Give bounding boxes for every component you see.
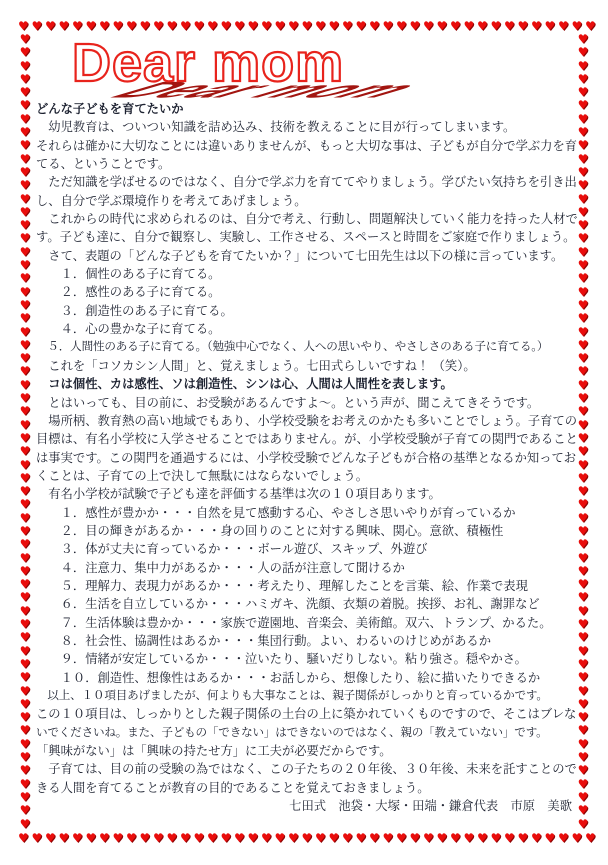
heart-icon: ♥	[558, 21, 569, 32]
heart-icon: ♥	[20, 805, 31, 816]
heart-icon: ♥	[20, 380, 31, 391]
text-line: さて、表題の「どんな子どもを育てたいか？」について七田先生は以下の様に言っていま…	[36, 247, 578, 265]
heart-icon: ♥	[578, 752, 589, 763]
heart-icon: ♥	[302, 21, 313, 32]
heart-icon: ♥	[504, 21, 515, 32]
heart-icon: ♥	[578, 725, 589, 736]
heart-icon: ♥	[578, 61, 589, 72]
text-line: これからの時代に求められるのは、自分で考え、行動し、問題解決していく能力を持った…	[36, 210, 578, 228]
heart-icon: ♥	[315, 21, 326, 32]
heart-icon: ♥	[356, 833, 367, 844]
heart-icon: ♥	[153, 21, 164, 32]
heart-icon: ♥	[578, 672, 589, 683]
heart-icon: ♥	[20, 672, 31, 683]
text-line: ６．生活を自立しているか・・・ハミガキ、洗顔、衣類の着脱。挨拶、お礼、謝罪など	[36, 595, 578, 613]
document-heading: どんな子どもを育てたいか	[36, 100, 578, 118]
heart-icon: ♥	[20, 553, 31, 564]
heart-icon: ♥	[578, 539, 589, 550]
heart-icon: ♥	[578, 646, 589, 657]
text-line: ３．体が丈夫に育っているか・・・ボール遊び、スキップ、外遊び	[36, 540, 578, 558]
heart-icon: ♥	[20, 140, 31, 151]
heart-icon: ♥	[20, 74, 31, 85]
heart-icon: ♥	[578, 154, 589, 165]
heart-icon: ♥	[20, 473, 31, 484]
heart-icon: ♥	[356, 21, 367, 32]
heart-icon: ♥	[578, 260, 589, 271]
heart-icon: ♥	[86, 21, 97, 32]
heart-icon: ♥	[20, 792, 31, 803]
text-line: ３．創造性のある子に育てる。	[36, 302, 578, 320]
heart-border-left: ♥♥♥♥♥♥♥♥♥♥♥♥♥♥♥♥♥♥♥♥♥♥♥♥♥♥♥♥♥♥♥♥♥♥♥♥♥♥♥♥…	[18, 34, 32, 830]
heart-icon: ♥	[572, 21, 583, 32]
heart-icon: ♥	[140, 21, 151, 32]
text-line: ただ知識を学ばせるのではなく、自分で学ぶ力を育ててやりましょう。学びたい気持ちを…	[36, 173, 578, 191]
heart-icon: ♥	[20, 353, 31, 364]
text-line: 子育ては、目の前の受験の為ではなく、この子たちの２０年後、３０年後、未来を託すこ…	[36, 760, 578, 778]
heart-icon: ♥	[545, 833, 556, 844]
heart-icon: ♥	[578, 420, 589, 431]
heart-icon: ♥	[578, 180, 589, 191]
heart-icon: ♥	[20, 659, 31, 670]
text-line: ４．注意力、集中力があるか・・・人の話が注意して聞けるか	[36, 559, 578, 577]
heart-icon: ♥	[20, 47, 31, 58]
heart-icon: ♥	[578, 606, 589, 617]
text-line: は事実です。この関門を通過するには、小学校受験でどんな子どもが合格の基準となるか…	[36, 449, 578, 467]
heart-icon: ♥	[578, 114, 589, 125]
heart-icon: ♥	[20, 34, 31, 45]
heart-icon: ♥	[578, 659, 589, 670]
heart-icon: ♥	[234, 21, 245, 32]
heart-icon: ♥	[578, 74, 589, 85]
text-line: それらは確かに大切なことには違いありませんが、もっと大切な事は、子どもが自分で学…	[36, 137, 578, 155]
heart-icon: ♥	[221, 21, 232, 32]
heart-icon: ♥	[20, 207, 31, 218]
heart-icon: ♥	[20, 366, 31, 377]
heart-icon: ♥	[20, 313, 31, 324]
heart-icon: ♥	[20, 632, 31, 643]
heart-icon: ♥	[578, 366, 589, 377]
text-line: ５．人間性のある子に育てる。（勉強中心でなく、人への思いやり、やさしさのある子に…	[36, 338, 578, 356]
heart-icon: ♥	[578, 566, 589, 577]
text-line: ２．感性のある子に育てる。	[36, 283, 578, 301]
text-line: 場所柄、教育熱の高い地域でもあり、小学校受験をお考えのかたも多いことでしょう。子…	[36, 412, 578, 430]
heart-icon: ♥	[20, 725, 31, 736]
heart-icon: ♥	[518, 21, 529, 32]
heart-icon: ♥	[578, 380, 589, 391]
text-line: てる、ということです。	[36, 155, 578, 173]
heart-icon: ♥	[20, 765, 31, 776]
heart-icon: ♥	[20, 739, 31, 750]
heart-icon: ♥	[578, 247, 589, 258]
heart-icon: ♥	[20, 114, 31, 125]
heart-icon: ♥	[18, 833, 29, 844]
heart-icon: ♥	[261, 21, 272, 32]
heart-icon: ♥	[437, 833, 448, 844]
heart-icon: ♥	[72, 833, 83, 844]
heart-icon: ♥	[20, 646, 31, 657]
heart-icon: ♥	[578, 313, 589, 324]
heart-icon: ♥	[167, 833, 178, 844]
heart-icon: ♥	[221, 833, 232, 844]
heart-icon: ♥	[423, 21, 434, 32]
heart-icon: ♥	[20, 194, 31, 205]
heart-icon: ♥	[20, 819, 31, 830]
heart-icon: ♥	[578, 779, 589, 790]
text-line: す。子ども達に、自分で観察し、実験し、工作させる、スペースと時間をご家庭で作りま…	[36, 228, 578, 246]
heart-icon: ♥	[207, 21, 218, 32]
text-line: とはいっても、目の前に、お受験があるんですよ〜。という声が、聞こえてきそうです。	[36, 394, 578, 412]
heart-icon: ♥	[578, 327, 589, 338]
heart-icon: ♥	[20, 87, 31, 98]
heart-icon: ♥	[578, 353, 589, 364]
heart-icon: ♥	[20, 699, 31, 710]
heart-icon: ♥	[20, 393, 31, 404]
heart-icon: ♥	[585, 833, 596, 844]
heart-icon: ♥	[20, 686, 31, 697]
heart-icon: ♥	[180, 21, 191, 32]
heart-icon: ♥	[578, 167, 589, 178]
heart-icon: ♥	[140, 833, 151, 844]
heart-icon: ♥	[585, 21, 596, 32]
heart-icon: ♥	[578, 765, 589, 776]
text-line: １０．創造性、想像性はあるか・・・お話しから、想像したり、絵に描いたりできるか	[36, 669, 578, 687]
heart-icon: ♥	[518, 833, 529, 844]
heart-icon: ♥	[578, 486, 589, 497]
heart-icon: ♥	[20, 752, 31, 763]
heart-icon: ♥	[578, 712, 589, 723]
heart-icon: ♥	[20, 127, 31, 138]
heart-icon: ♥	[20, 526, 31, 537]
text-line: くことは、子育ての上で決して無駄にはならないでしょう。	[36, 467, 578, 485]
heart-icon: ♥	[578, 300, 589, 311]
heart-icon: ♥	[545, 21, 556, 32]
heart-icon: ♥	[315, 833, 326, 844]
text-line: １．個性のある子に育てる。	[36, 265, 578, 283]
text-line: ５．理解力、表現力があるか・・・考えたり、理解したことを言葉、絵、作業で表現	[36, 577, 578, 595]
heart-icon: ♥	[288, 833, 299, 844]
heart-icon: ♥	[342, 21, 353, 32]
heart-icon: ♥	[383, 21, 394, 32]
heart-icon: ♥	[423, 833, 434, 844]
heart-icon: ♥	[491, 21, 502, 32]
heart-icon: ♥	[578, 592, 589, 603]
heart-icon: ♥	[578, 406, 589, 417]
heart-icon: ♥	[578, 460, 589, 471]
heart-icon: ♥	[578, 805, 589, 816]
heart-icon: ♥	[464, 833, 475, 844]
page-title: Dear mom	[72, 32, 344, 94]
heart-icon: ♥	[578, 207, 589, 218]
heart-icon: ♥	[578, 632, 589, 643]
heart-icon: ♥	[578, 699, 589, 710]
heart-icon: ♥	[261, 833, 272, 844]
heart-icon: ♥	[126, 833, 137, 844]
heart-icon: ♥	[578, 513, 589, 524]
heart-icon: ♥	[531, 833, 542, 844]
text-line: いでくださいね。また、子どもの「できない」はできないのではなく、親の「教えていな…	[36, 724, 578, 742]
heart-icon: ♥	[20, 460, 31, 471]
heart-icon: ♥	[20, 499, 31, 510]
heart-icon: ♥	[20, 779, 31, 790]
heart-icon: ♥	[578, 446, 589, 457]
heart-icon: ♥	[578, 473, 589, 484]
heart-icon: ♥	[491, 833, 502, 844]
heart-icon: ♥	[20, 220, 31, 231]
heart-icon: ♥	[558, 833, 569, 844]
heart-icon: ♥	[20, 100, 31, 111]
heart-icon: ♥	[20, 287, 31, 298]
heart-icon: ♥	[20, 513, 31, 524]
heart-icon: ♥	[20, 712, 31, 723]
heart-icon: ♥	[410, 833, 421, 844]
heart-icon: ♥	[20, 619, 31, 630]
heart-icon: ♥	[578, 287, 589, 298]
heart-icon: ♥	[578, 553, 589, 564]
heart-icon: ♥	[20, 273, 31, 284]
heart-icon: ♥	[20, 340, 31, 351]
heart-icon: ♥	[578, 579, 589, 590]
heart-icon: ♥	[504, 833, 515, 844]
heart-icon: ♥	[20, 433, 31, 444]
heart-icon: ♥	[20, 566, 31, 577]
heart-icon: ♥	[20, 300, 31, 311]
heart-icon: ♥	[578, 819, 589, 830]
heart-icon: ♥	[578, 87, 589, 98]
signature-line: 七田式 池袋・大塚・田端・鎌倉代表 市原 美歌	[36, 797, 578, 815]
text-line: コは個性、カは感性、ソは創造性、シンは心、人間は人間性を表します。	[36, 375, 578, 393]
heart-icon: ♥	[578, 47, 589, 58]
heart-icon: ♥	[572, 833, 583, 844]
heart-icon: ♥	[20, 167, 31, 178]
heart-icon: ♥	[248, 833, 259, 844]
heart-icon: ♥	[59, 21, 70, 32]
heart-icon: ♥	[20, 180, 31, 191]
text-line: ９．情緒が安定しているか・・・泣いたり、騒いだりしない。粘り強さ。穏やかさ。	[36, 650, 578, 668]
heart-icon: ♥	[578, 340, 589, 351]
heart-icon: ♥	[20, 606, 31, 617]
heart-icon: ♥	[578, 127, 589, 138]
heart-icon: ♥	[329, 833, 340, 844]
heart-icon: ♥	[578, 499, 589, 510]
heart-icon: ♥	[450, 833, 461, 844]
heart-icon: ♥	[20, 327, 31, 338]
heart-icon: ♥	[578, 273, 589, 284]
text-line: きる人間を育てることが教育の目的であることを覚えておきましょう。	[36, 779, 578, 797]
heart-icon: ♥	[20, 592, 31, 603]
heart-icon: ♥	[234, 833, 245, 844]
heart-icon: ♥	[20, 539, 31, 550]
heart-icon: ♥	[578, 526, 589, 537]
text-line: ４．心の豊かな子に育てる。	[36, 320, 578, 338]
heart-icon: ♥	[207, 833, 218, 844]
text-line: 幼児教育は、ついつい知識を詰め込み、技術を教えることに目が行ってしまいます。	[36, 118, 578, 136]
heart-icon: ♥	[578, 792, 589, 803]
text-line: １．感性が豊かか・・・自然を見て感動する心、やさしさ思いやりが育っているか	[36, 504, 578, 522]
heart-icon: ♥	[45, 833, 56, 844]
heart-icon: ♥	[248, 21, 259, 32]
heart-icon: ♥	[45, 21, 56, 32]
heart-icon: ♥	[20, 154, 31, 165]
heart-icon: ♥	[18, 21, 29, 32]
heart-icon: ♥	[531, 21, 542, 32]
heart-icon: ♥	[578, 393, 589, 404]
heart-border-right: ♥♥♥♥♥♥♥♥♥♥♥♥♥♥♥♥♥♥♥♥♥♥♥♥♥♥♥♥♥♥♥♥♥♥♥♥♥♥♥♥…	[576, 34, 590, 830]
text-line: し、自分で学ぶ環境作りを考えてあげましょう。	[36, 192, 578, 210]
heart-icon: ♥	[369, 833, 380, 844]
heart-icon: ♥	[578, 194, 589, 205]
text-line: 目標は、有名小学校に入学させることではありません。が、小学校受験が子育ての関門で…	[36, 430, 578, 448]
text-line: 有名小学校が試験で子ども達を評価する基準は次の１０項目あります。	[36, 485, 578, 503]
heart-icon: ♥	[99, 21, 110, 32]
heart-icon: ♥	[20, 247, 31, 258]
heart-icon: ♥	[20, 233, 31, 244]
heart-icon: ♥	[99, 833, 110, 844]
heart-icon: ♥	[450, 21, 461, 32]
heart-icon: ♥	[302, 833, 313, 844]
heart-icon: ♥	[477, 833, 488, 844]
heart-icon: ♥	[578, 433, 589, 444]
heart-icon: ♥	[383, 833, 394, 844]
heart-icon: ♥	[342, 833, 353, 844]
heart-icon: ♥	[194, 21, 205, 32]
heart-icon: ♥	[153, 833, 164, 844]
heart-icon: ♥	[288, 21, 299, 32]
heart-icon: ♥	[20, 579, 31, 590]
heart-icon: ♥	[275, 833, 286, 844]
heart-icon: ♥	[477, 21, 488, 32]
heart-icon: ♥	[396, 833, 407, 844]
heart-icon: ♥	[113, 833, 124, 844]
heart-icon: ♥	[578, 140, 589, 151]
text-line: 以上、１０項目あげましたが、何よりも大事なことは、親子関係がしっかりと育っている…	[36, 687, 578, 705]
heart-icon: ♥	[329, 21, 340, 32]
heart-icon: ♥	[72, 21, 83, 32]
heart-icon: ♥	[20, 406, 31, 417]
text-line: これを「コソカシン人間」と、覚えましょう。七田式らしいですね！ （笑）。	[36, 357, 578, 375]
text-line: ７．生活体験は豊かか・・・家族で遊園地、音楽会、美術館。双六、トランプ、かるた。	[36, 614, 578, 632]
heart-icon: ♥	[86, 833, 97, 844]
page-title-wordart: Dear mom Dear mom	[72, 32, 432, 106]
heart-icon: ♥	[578, 233, 589, 244]
heart-icon: ♥	[167, 21, 178, 32]
heart-icon: ♥	[20, 446, 31, 457]
document-body: どんな子どもを育てたいか 幼児教育は、ついつい知識を詰め込み、技術を教えることに…	[36, 100, 578, 815]
text-line: ８．社会性、協調性はあるか・・・集団行動。よい、わるいのけじめがあるか	[36, 632, 578, 650]
text-line: この１０項目は、しっかりとした親子関係の土台の上に築かれていくものですので、そこ…	[36, 705, 578, 723]
heart-icon: ♥	[194, 833, 205, 844]
heart-icon: ♥	[437, 21, 448, 32]
heart-icon: ♥	[578, 686, 589, 697]
heart-icon: ♥	[59, 833, 70, 844]
heart-icon: ♥	[578, 739, 589, 750]
heart-icon: ♥	[410, 21, 421, 32]
heart-icon: ♥	[126, 21, 137, 32]
heart-icon: ♥	[275, 21, 286, 32]
heart-icon: ♥	[20, 486, 31, 497]
heart-icon: ♥	[32, 21, 43, 32]
heart-border-bottom: ♥♥♥♥♥♥♥♥♥♥♥♥♥♥♥♥♥♥♥♥♥♥♥♥♥♥♥♥♥♥♥♥♥♥♥♥♥♥♥♥…	[18, 832, 596, 845]
heart-icon: ♥	[578, 619, 589, 630]
heart-icon: ♥	[578, 34, 589, 45]
heart-icon: ♥	[396, 21, 407, 32]
newsletter-page: { "header": { "title": "Dear mom", "titl…	[0, 0, 608, 865]
heart-icon: ♥	[180, 833, 191, 844]
text-line: ２．目の輝きがあるか・・・身の回りのことに対する興味、関心。意欲、積極性	[36, 522, 578, 540]
heart-icon: ♥	[20, 260, 31, 271]
heart-icon: ♥	[578, 100, 589, 111]
heart-icon: ♥	[113, 21, 124, 32]
text-line: 「興味がない」は「興味の持たせ方」に工夫が必要だからです。	[36, 742, 578, 760]
heart-icon: ♥	[32, 833, 43, 844]
heart-icon: ♥	[369, 21, 380, 32]
heart-icon: ♥	[20, 420, 31, 431]
heart-icon: ♥	[578, 220, 589, 231]
heart-icon: ♥	[464, 21, 475, 32]
heart-icon: ♥	[20, 61, 31, 72]
